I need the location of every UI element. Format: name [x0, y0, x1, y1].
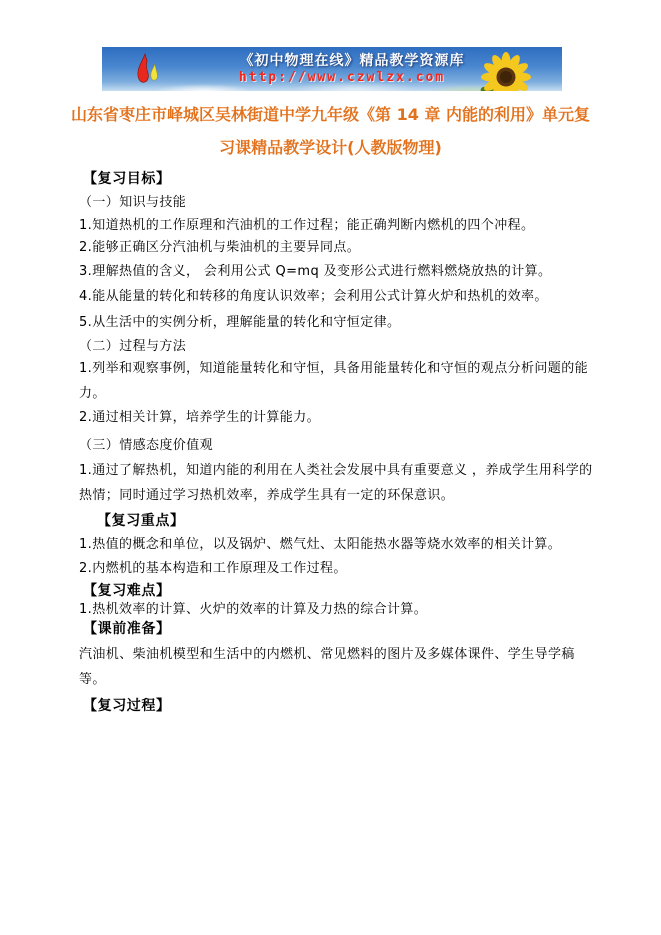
document-page: 《初中物理在线》精品教学资源库 http://www.czwlzx.com — [0, 0, 661, 935]
section-heading-preparation: 【课前准备】 — [83, 621, 593, 637]
subsection-emotion-values: （三）情感态度价值观 — [79, 438, 589, 454]
section-heading-difficulties: 【复习难点】 — [83, 583, 593, 599]
page-title-line2: 习课精品教学设计(人教版物理) — [0, 138, 661, 158]
paragraph-line: 4.能从能量的转化和转移的角度认识效率；会利用公式计算火炉和热机的效率。 — [79, 289, 589, 305]
section-heading-key-points: 【复习重点】 — [97, 513, 607, 529]
sunflower-icon — [478, 49, 534, 91]
paragraph-line-continuation: 力。 — [79, 386, 589, 402]
paragraph-line: 1.列举和观察事例，知道能量转化和守恒，具备用能量转化和守恒的观点分析问题的能 — [79, 361, 589, 377]
subsection-process-methods: （二）过程与方法 — [79, 339, 589, 355]
banner-site-url[interactable]: http://www.czwlzx.com — [192, 70, 492, 85]
paragraph-line: 1.热值的概念和单位，以及锅炉、燃气灶、太阳能热水器等烧水效率的相关计算。 — [79, 537, 589, 553]
page-title-line1: 山东省枣庄市峄城区吴林街道中学九年级《第 14 章 内能的利用》单元复 — [0, 105, 661, 125]
paragraph-line: 1.知道热机的工作原理和汽油机的工作过程；能正确判断内燃机的四个冲程。 — [79, 218, 589, 234]
section-heading-review-goals: 【复习目标】 — [83, 171, 593, 187]
site-banner: 《初中物理在线》精品教学资源库 http://www.czwlzx.com — [102, 47, 562, 91]
section-heading-review-process: 【复习过程】 — [83, 698, 593, 714]
paragraph-line: 1.热机效率的计算、火炉的效率的计算及力热的综合计算。 — [79, 602, 589, 618]
subsection-knowledge-skills: （一）知识与技能 — [79, 195, 589, 211]
paragraph-line-continuation: 等。 — [79, 672, 589, 688]
paragraph-line: 3.理解热值的含义， 会利用公式 Q=mq 及变形公式进行燃料燃烧放热的计算。 — [79, 264, 589, 280]
paragraph-line: 汽油机、柴油机模型和生活中的内燃机、常见燃料的图片及多媒体课件、学生导学稿 — [79, 647, 589, 663]
paragraph-line: 1.通过了解热机，知道内能的利用在人类社会发展中具有重要意义 ，养成学生用科学的 — [79, 463, 589, 479]
banner-site-title: 《初中物理在线》精品教学资源库 — [192, 53, 512, 69]
paragraph-line: 5.从生活中的实例分析，理解能量的转化和守恒定律。 — [79, 315, 589, 331]
paragraph-line: 2.能够正确区分汽油机与柴油机的主要异同点。 — [79, 240, 589, 256]
paragraph-line-continuation: 热情；同时通过学习热机效率，养成学生具有一定的环保意识。 — [79, 488, 589, 504]
flame-logo-icon — [128, 52, 168, 88]
paragraph-line: 2.通过相关计算，培养学生的计算能力。 — [79, 410, 589, 426]
paragraph-line: 2.内燃机的基本构造和工作原理及工作过程。 — [79, 561, 589, 577]
